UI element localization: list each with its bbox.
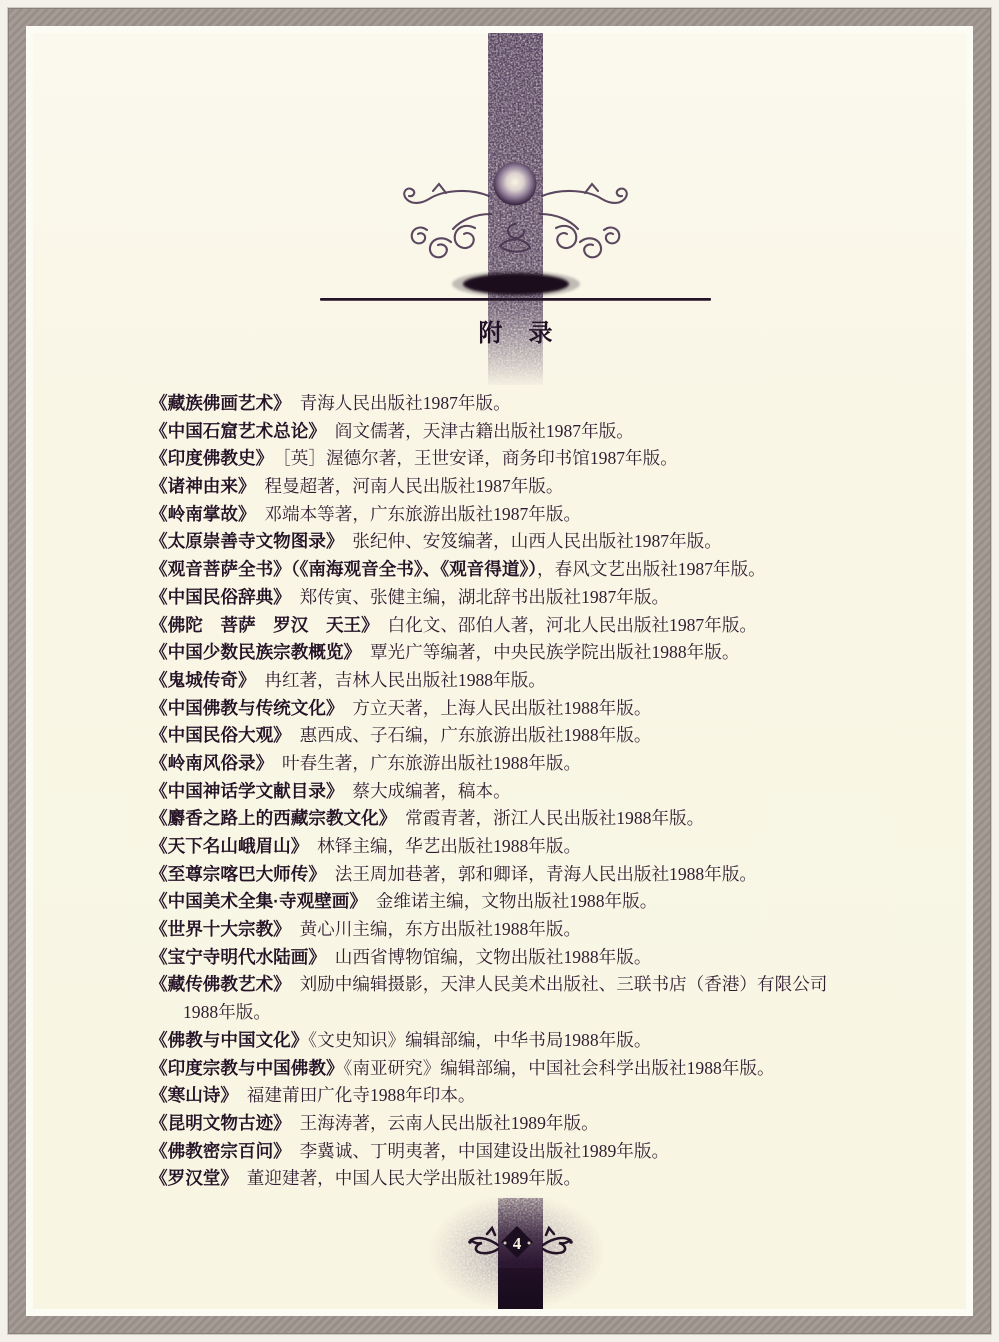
entry-separator — [282, 587, 300, 607]
entry-line: 《藏族佛画艺术》 青海人民出版社1987年版。 — [150, 390, 966, 418]
entry-separator — [317, 864, 335, 884]
entry-title: 《诸神由来》 — [150, 476, 247, 496]
entry-title: 《岭南掌故》 — [150, 504, 247, 524]
entry-title: 《岭南风俗录》 — [150, 753, 264, 773]
entry-line: 《中国佛教与传统文化》 方立天著，上海人民出版社1988年版。 — [150, 695, 966, 723]
entry-detail: 《南亚研究》编辑部编，中国社会科学出版社1988年版。 — [344, 1058, 775, 1078]
entry-separator — [282, 1113, 300, 1133]
bibliography-entry: 《佛教与中国文化》《文史知识》编辑部编，中华书局1988年版。 — [150, 1027, 966, 1055]
entry-separator — [229, 1085, 247, 1105]
bibliography-entry: 《中国民俗辞典》 郑传寅、张健主编，湖北辞书出版社1987年版。 — [150, 584, 966, 612]
entry-detail: 常霞青著，浙江人民出版社1988年版。 — [405, 808, 704, 828]
entry-title: 《中国美术全集·寺观壁画》 — [150, 891, 358, 911]
entry-detail: 福建莆田广化寺1988年印本。 — [247, 1085, 476, 1105]
entry-title: 《印度佛教史》 — [150, 448, 264, 468]
entry-detail: 董迎建著，中国人民大学出版社1989年版。 — [247, 1168, 581, 1188]
entry-line: 《中国民俗辞典》 郑传寅、张健主编，湖北辞书出版社1987年版。 — [150, 584, 966, 612]
entry-line: 《昆明文物古迹》 王海涛著，云南人民出版社1989年版。 — [150, 1110, 966, 1138]
entry-detail: 《文史知识》编辑部编，中华书局1988年版。 — [308, 1030, 651, 1050]
bibliography-entry: 《天下名山峨眉山》 林铎主编，华艺出版社1988年版。 — [150, 833, 966, 861]
bibliography-entry: 《藏族佛画艺术》 青海人民出版社1987年版。 — [150, 390, 966, 418]
entry-title: 《太原崇善寺文物图录》 — [150, 531, 335, 551]
entry-line: 《岭南掌故》 邓端本等著，广东旅游出版社1987年版。 — [150, 501, 966, 529]
entry-separator — [247, 670, 265, 690]
entry-title: 《寒山诗》 — [150, 1085, 229, 1105]
bibliography-entry: 《岭南风俗录》 叶春生著，广东旅游出版社1988年版。 — [150, 750, 966, 778]
bibliography-entry: 《昆明文物古迹》 王海涛著，云南人民出版社1989年版。 — [150, 1110, 966, 1138]
entry-line: 《中国石窟艺术总论》 阎文儒著，天津古籍出版社1987年版。 — [150, 418, 966, 446]
entry-detail: 冉红著，吉林人民出版社1988年版。 — [264, 670, 546, 690]
entry-title: 《佛教密宗百问》 — [150, 1141, 282, 1161]
entry-detail: 法王周加巷著，郭和卿译，青海人民出版社1988年版。 — [335, 864, 757, 884]
entry-line: 《观音菩萨全书》（《南海观音全书》、《观音得道》），春风文艺出版社1987年版。 — [150, 556, 966, 584]
entry-detail: 张纪仲、安笈编著，山西人民出版社1987年版。 — [352, 531, 721, 551]
entry-separator — [229, 1168, 247, 1188]
entry-title: 《佛陀 菩萨 罗汉 天王》 — [150, 615, 370, 635]
entry-title: 《中国佛教与传统文化》 — [150, 698, 335, 718]
entry-separator — [335, 781, 353, 801]
bibliography-entry: 《中国民俗大观》 惠西成、子石编，广东旅游出版社1988年版。 — [150, 722, 966, 750]
entry-detail: 黄心川主编，东方出版社1988年版。 — [300, 919, 582, 939]
entry-line: 《寒山诗》 福建莆田广化寺1988年印本。 — [150, 1082, 966, 1110]
entry-detail: 刘励中编辑摄影，天津人民美术出版社、三联书店（香港）有限公司 — [300, 974, 828, 994]
entry-line: 《麝香之路上的西藏宗教文化》 常霞青著，浙江人民出版社1988年版。 — [150, 805, 966, 833]
entry-title: 《中国石窟艺术总论》 — [150, 421, 317, 441]
entry-title: 《宝宁寺明代水陆画》 — [150, 947, 317, 967]
entry-line: 《中国美术全集·寺观壁画》 金维诺主编，文物出版社1988年版。 — [150, 888, 966, 916]
bibliography-entry: 《至尊宗喀巴大师传》 法王周加巷著，郭和卿译，青海人民出版社1988年版。 — [150, 861, 966, 889]
bibliography-entry: 《印度佛教史》 ［英］渥德尔著，王世安译，商务印书馆1987年版。 — [150, 445, 966, 473]
entry-detail: 郑传寅、张健主编，湖北辞书出版社1987年版。 — [300, 587, 669, 607]
entry-detail: 蔡大成编著，稿本。 — [352, 781, 510, 801]
entry-title: 《藏传佛教艺术》 — [150, 974, 282, 994]
entry-title: 《藏族佛画艺术》 — [150, 393, 282, 413]
entry-separator — [264, 753, 282, 773]
entry-detail: 金维诺主编，文物出版社1988年版。 — [376, 891, 658, 911]
entry-separator — [282, 725, 300, 745]
entry-line: 《太原崇善寺文物图录》 张纪仲、安笈编著，山西人民出版社1987年版。 — [150, 528, 966, 556]
bibliography-entry: 《印度宗教与中国佛教》《南亚研究》编辑部编，中国社会科学出版社1988年版。 — [150, 1055, 966, 1083]
entry-detail: ［英］渥德尔著，王世安译，商务印书馆1987年版。 — [282, 448, 678, 468]
entry-title: 《中国民俗辞典》 — [150, 587, 282, 607]
entry-wrap-line: 1988年版。 — [150, 999, 966, 1027]
entry-line: 《诸神由来》 程曼超著，河南人民出版社1987年版。 — [150, 473, 966, 501]
entry-detail: 程曼超著，河南人民出版社1987年版。 — [264, 476, 563, 496]
bibliography-entry: 《麝香之路上的西藏宗教文化》 常霞青著，浙江人民出版社1988年版。 — [150, 805, 966, 833]
entry-separator — [282, 393, 300, 413]
entry-title: 《世界十大宗教》 — [150, 919, 282, 939]
entry-detail: 惠西成、子石编，广东旅游出版社1988年版。 — [300, 725, 652, 745]
entry-separator — [352, 642, 370, 662]
entry-title: 《观音菩萨全书》（《南海观音全书》、《观音得道》） — [150, 559, 537, 579]
bibliography-entry: 《太原崇善寺文物图录》 张纪仲、安笈编著，山西人民出版社1987年版。 — [150, 528, 966, 556]
entry-line: 《佛教与中国文化》《文史知识》编辑部编，中华书局1988年版。 — [150, 1027, 966, 1055]
entry-separator — [247, 504, 265, 524]
bibliography-entry: 《中国佛教与传统文化》 方立天著，上海人民出版社1988年版。 — [150, 695, 966, 723]
bibliography-entry: 《诸神由来》 程曼超著，河南人民出版社1987年版。 — [150, 473, 966, 501]
entry-separator — [317, 421, 335, 441]
entry-detail: 叶春生著，广东旅游出版社1988年版。 — [282, 753, 581, 773]
entry-line: 《印度宗教与中国佛教》《南亚研究》编辑部编，中国社会科学出版社1988年版。 — [150, 1055, 966, 1083]
entry-title: 《中国民俗大观》 — [150, 725, 282, 745]
entry-line: 《至尊宗喀巴大师传》 法王周加巷著，郭和卿译，青海人民出版社1988年版。 — [150, 861, 966, 889]
entry-title: 《中国神话学文献目录》 — [150, 781, 335, 801]
entry-detail: ，春风文艺出版社1987年版。 — [537, 559, 766, 579]
entry-separator — [317, 947, 335, 967]
entry-line: 《中国少数民族宗教概览》 覃光广等编著，中央民族学院出版社1988年版。 — [150, 639, 966, 667]
entry-separator — [247, 476, 265, 496]
entry-separator — [335, 531, 353, 551]
entry-line: 《印度佛教史》 ［英］渥德尔著，王世安译，商务印书馆1987年版。 — [150, 445, 966, 473]
entry-separator — [282, 974, 300, 994]
entry-detail: 邓端本等著，广东旅游出版社1987年版。 — [264, 504, 581, 524]
bibliography-entry: 《观音菩萨全书》（《南海观音全书》、《观音得道》），春风文艺出版社1987年版。 — [150, 556, 966, 584]
entry-line: 《中国民俗大观》 惠西成、子石编，广东旅游出版社1988年版。 — [150, 722, 966, 750]
page-title: 附 录 — [33, 313, 999, 348]
bibliography-entry: 《罗汉堂》 董迎建著，中国人民大学出版社1989年版。 — [150, 1165, 966, 1193]
entry-title: 《至尊宗喀巴大师传》 — [150, 864, 317, 884]
entry-line: 《天下名山峨眉山》 林铎主编，华艺出版社1988年版。 — [150, 833, 966, 861]
bibliography-entry: 《宝宁寺明代水陆画》 山西省博物馆编，文物出版社1988年版。 — [150, 944, 966, 972]
entry-detail: 林铎主编，华艺出版社1988年版。 — [317, 836, 581, 856]
entry-detail: 山西省博物馆编，文物出版社1988年版。 — [335, 947, 652, 967]
entry-detail: 覃光广等编著，中央民族学院出版社1988年版。 — [370, 642, 739, 662]
entry-separator — [282, 1141, 300, 1161]
entry-title: 《麝香之路上的西藏宗教文化》 — [150, 808, 388, 828]
entry-separator — [388, 808, 406, 828]
entry-title: 《佛教与中国文化》 — [150, 1030, 308, 1050]
entry-line: 《佛陀 菩萨 罗汉 天王》 白化文、邵伯人著，河北人民出版社1987年版。 — [150, 612, 966, 640]
entry-separator — [358, 891, 376, 911]
entry-line: 《世界十大宗教》 黄心川主编，东方出版社1988年版。 — [150, 916, 966, 944]
entry-separator — [370, 615, 388, 635]
entry-line: 《罗汉堂》 董迎建著，中国人民大学出版社1989年版。 — [150, 1165, 966, 1193]
entry-separator — [264, 448, 282, 468]
bibliography-entry: 《藏传佛教艺术》 刘励中编辑摄影，天津人民美术出版社、三联书店（香港）有限公司 … — [150, 971, 966, 1026]
bibliography-entry: 《中国美术全集·寺观壁画》 金维诺主编，文物出版社1988年版。 — [150, 888, 966, 916]
entry-line: 《宝宁寺明代水陆画》 山西省博物馆编，文物出版社1988年版。 — [150, 944, 966, 972]
entry-detail: 白化文、邵伯人著，河北人民出版社1987年版。 — [388, 615, 757, 635]
bibliography-entry: 《中国神话学文献目录》 蔡大成编著，稿本。 — [150, 778, 966, 806]
bibliography-entry: 《寒山诗》 福建莆田广化寺1988年印本。 — [150, 1082, 966, 1110]
bibliography-entry: 《岭南掌故》 邓端本等著，广东旅游出版社1987年版。 — [150, 501, 966, 529]
bibliography-entry: 《中国石窟艺术总论》 阎文儒著，天津古籍出版社1987年版。 — [150, 418, 966, 446]
entry-title: 《天下名山峨眉山》 — [150, 836, 300, 856]
entry-title: 《昆明文物古迹》 — [150, 1113, 282, 1133]
entry-line: 《佛教密宗百问》 李冀诚、丁明夷著，中国建设出版社1989年版。 — [150, 1138, 966, 1166]
entry-separator — [282, 919, 300, 939]
bibliography-list: 《藏族佛画艺术》 青海人民出版社1987年版。 《中国石窟艺术总论》 阎文儒著，… — [150, 390, 966, 1193]
entry-title: 《罗汉堂》 — [150, 1168, 229, 1188]
bibliography-entry: 《鬼城传奇》 冉红著，吉林人民出版社1988年版。 — [150, 667, 966, 695]
entry-detail: 方立天著，上海人民出版社1988年版。 — [352, 698, 651, 718]
entry-separator — [335, 698, 353, 718]
bibliography-entry: 《佛陀 菩萨 罗汉 天王》 白化文、邵伯人著，河北人民出版社1987年版。 — [150, 612, 966, 640]
entry-title: 《中国少数民族宗教概览》 — [150, 642, 352, 662]
entry-title: 《印度宗教与中国佛教》 — [150, 1058, 344, 1078]
entry-line: 《中国神话学文献目录》 蔡大成编著，稿本。 — [150, 778, 966, 806]
scanned-book-page: { "page": { "title": "附 录", "page_number… — [0, 0, 999, 1342]
entry-line: 《岭南风俗录》 叶春生著，广东旅游出版社1988年版。 — [150, 750, 966, 778]
entry-separator — [300, 836, 318, 856]
bibliography-entry: 《佛教密宗百问》 李冀诚、丁明夷著，中国建设出版社1989年版。 — [150, 1138, 966, 1166]
entry-detail: 阎文儒著，天津古籍出版社1987年版。 — [335, 421, 634, 441]
entry-line: 《鬼城传奇》 冉红著，吉林人民出版社1988年版。 — [150, 667, 966, 695]
bibliography-entry: 《世界十大宗教》 黄心川主编，东方出版社1988年版。 — [150, 916, 966, 944]
bibliography-entry: 《中国少数民族宗教概览》 覃光广等编著，中央民族学院出版社1988年版。 — [150, 639, 966, 667]
entry-line: 《藏传佛教艺术》 刘励中编辑摄影，天津人民美术出版社、三联书店（香港）有限公司 — [150, 971, 966, 999]
entry-title: 《鬼城传奇》 — [150, 670, 247, 690]
entry-detail: 王海涛著，云南人民出版社1989年版。 — [300, 1113, 599, 1133]
entry-detail: 李冀诚、丁明夷著，中国建设出版社1989年版。 — [300, 1141, 669, 1161]
entry-detail: 青海人民出版社1987年版。 — [300, 393, 511, 413]
